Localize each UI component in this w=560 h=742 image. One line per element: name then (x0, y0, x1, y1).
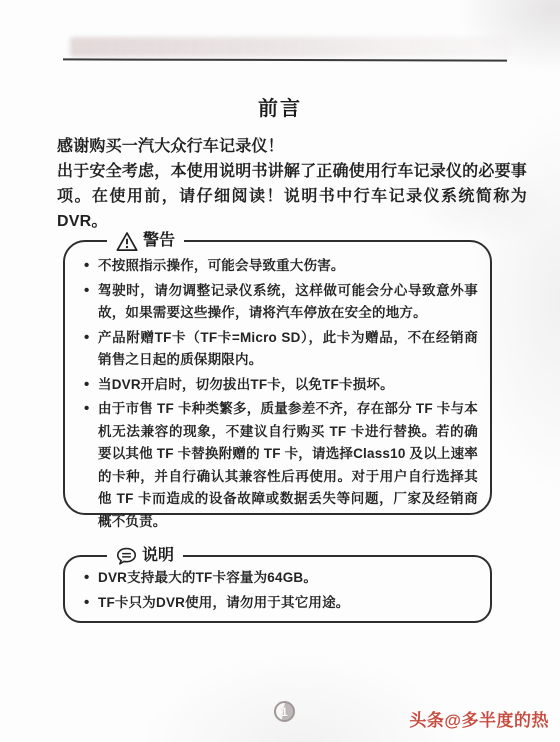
note-item: DVR支持最大的TF卡容量为64GB。 (83, 567, 478, 590)
note-box-title: 说明 (142, 544, 174, 568)
header-divider-line (63, 58, 507, 61)
warning-box-label: 警告 (107, 229, 184, 253)
warning-item: 不按照指示操作，可能会导致重大伤害。 (83, 255, 478, 278)
warning-box: 警告 不按照指示操作，可能会导致重大伤害。 驾驶时，请勿调整记录仪系统，这样做可… (63, 240, 492, 515)
warning-item: 由于市售 TF 卡种类繁多，质量参差不齐，存在部分 TF 卡与本机无法兼容的现象… (83, 398, 478, 533)
page-title: 前言 (0, 92, 560, 121)
redacted-header-text (70, 37, 510, 57)
warning-list: 不按照指示操作，可能会导致重大伤害。 驾驶时，请勿调整记录仪系统，这样做可能会分… (65, 242, 490, 543)
page-number-badge: 1 (274, 701, 295, 722)
note-list: DVR支持最大的TF卡容量为64GB。 TF卡只为DVR使用，请勿用于其它用途。 (65, 557, 490, 624)
warning-item: 当DVR开启时，切勿拔出TF卡，以免TF卡损坏。 (83, 374, 478, 397)
note-box: 说明 DVR支持最大的TF卡容量为64GB。 TF卡只为DVR使用，请勿用于其它… (63, 555, 492, 623)
warning-item: 驾驶时，请勿调整记录仪系统，这样做可能会分心导致意外事故，如果需要这些操作，请将… (83, 280, 478, 325)
warning-box-title: 警告 (143, 229, 175, 253)
watermark-text: 头条@多半度的热 (409, 706, 549, 731)
warning-triangle-icon (116, 231, 138, 252)
manual-page: 前言 感谢购买一汽大众行车记录仪！ 出于安全考虑，本使用说明书讲解了正确使用行车… (0, 0, 560, 742)
note-item: TF卡只为DVR使用，请勿用于其它用途。 (83, 592, 478, 615)
speech-bubble-icon (116, 546, 137, 566)
intro-paragraphs: 感谢购买一汽大众行车记录仪！ 出于安全考虑，本使用说明书讲解了正确使用行车记录仪… (57, 134, 527, 234)
page-number-value: 1 (281, 705, 288, 719)
note-box-label: 说明 (107, 544, 183, 568)
intro-line-1: 感谢购买一汽大众行车记录仪！ (57, 134, 527, 159)
warning-item: 产品附赠TF卡（TF卡=Micro SD），此卡为赠品，不在经销商销售之日起的质… (83, 327, 478, 372)
intro-line-2: 出于安全考虑，本使用说明书讲解了正确使用行车记录仪的必要事项。在使用前，请仔细阅… (57, 159, 527, 234)
